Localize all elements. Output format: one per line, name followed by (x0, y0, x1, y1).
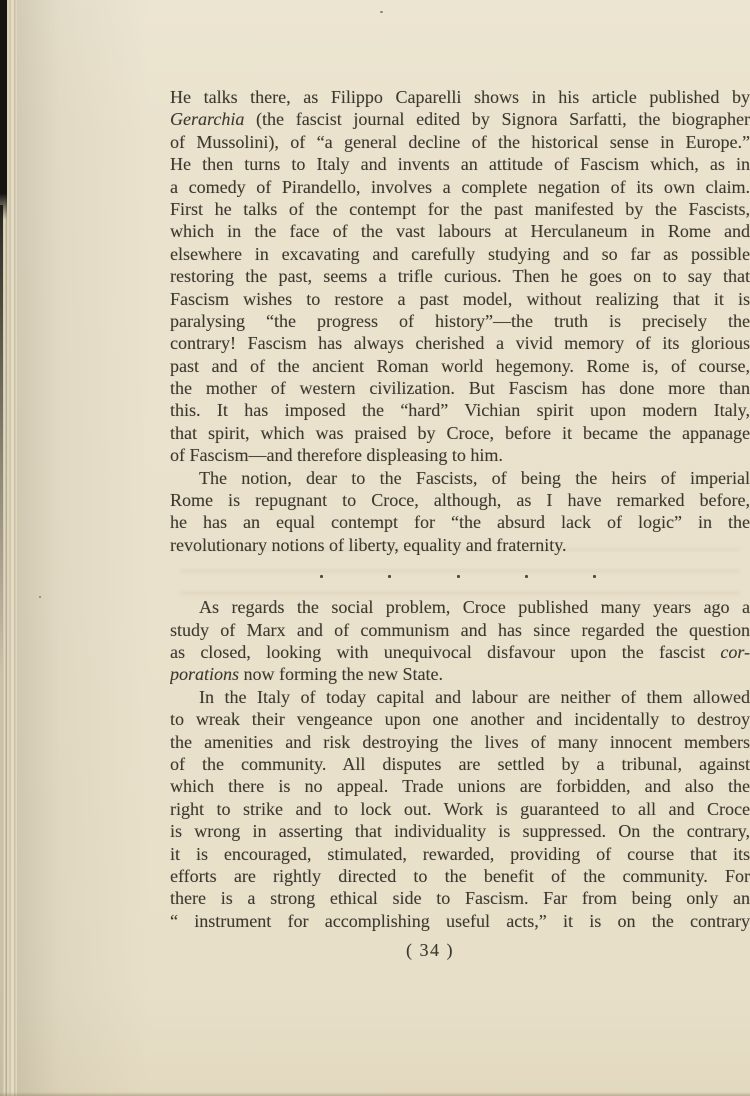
text-line: revolutionary notions of liberty, equali… (170, 534, 750, 556)
text-line: it is encouraged, stimulated, rewarded, … (170, 843, 750, 865)
paragraph: As regards the social problem, Croce pub… (170, 596, 750, 686)
text-line: a comedy of Pirandello, involves a compl… (170, 176, 750, 198)
page-number: ( 34 ) (140, 939, 720, 961)
text-line: study of Marx and of communism and has s… (170, 619, 750, 641)
text-line: restoring the past, seems a trifle curio… (170, 265, 750, 287)
text-line: Gerarchia (the fascist journal edited by… (170, 108, 750, 130)
text-block: He talks there, as Filippo Caparelli sho… (170, 86, 750, 961)
text-line: Rome is repugnant to Croce, although, as… (170, 489, 750, 511)
text-line: is wrong in asserting that individuality… (170, 820, 750, 842)
separator-dot (320, 575, 323, 578)
separator-dot (593, 575, 596, 578)
text-line: the mother of western civilization. But … (170, 377, 750, 399)
text-line: of Fascism—and therefore displeasing to … (170, 444, 750, 466)
text-line: which in the face of the vast labours at… (170, 220, 750, 242)
paragraph: In the Italy of today capital and labour… (170, 686, 750, 932)
text-line: paralysing “the progress of history”—the… (170, 310, 750, 332)
book-page-scan: { "page": { "number": "34", "number_labe… (0, 0, 750, 1096)
text-line: as closed, looking with unequivocal disf… (170, 641, 750, 663)
text-line: of Mussolini), of “a general decline of … (170, 131, 750, 153)
book-spine-line (0, 205, 3, 675)
text-line: this. It has imposed the “hard” Vichian … (170, 399, 750, 421)
text-line: there is a strong ethical side to Fascis… (170, 887, 750, 909)
text-line: that spirit, which was praised by Croce,… (170, 422, 750, 444)
bottom-page-edge (0, 1092, 750, 1096)
separator-dots-row (320, 575, 596, 578)
text-line: contrary! Fascism has always cherished a… (170, 332, 750, 354)
text-line: The notion, dear to the Fascists, of bei… (170, 467, 750, 489)
separator-dot (525, 575, 528, 578)
book-spine-shadow (0, 0, 7, 220)
paper-speck (380, 11, 383, 13)
text-line: of the community. All disputes are settl… (170, 753, 750, 775)
text-line: past and of the ancient Roman world hege… (170, 355, 750, 377)
text-line: efforts are rightly directed to the bene… (170, 865, 750, 887)
text-line: He talks there, as Filippo Caparelli sho… (170, 86, 750, 108)
paper-speck (39, 596, 41, 598)
separator-dot (457, 575, 460, 578)
text-line: the amenities and risk destroying the li… (170, 731, 750, 753)
paragraph: The notion, dear to the Fascists, of bei… (170, 467, 750, 557)
text-line: Fascism wishes to restore a past model, … (170, 288, 750, 310)
separator-dot (388, 575, 391, 578)
text-line: he has an equal contempt for “the absurd… (170, 511, 750, 533)
text-line: to wreak their vengeance upon one anothe… (170, 708, 750, 730)
text-line: porations now forming the new State. (170, 663, 750, 685)
text-line: “ instrument for accomplishing useful ac… (170, 910, 750, 932)
text-line: He then turns to Italy and invents an at… (170, 153, 750, 175)
section-separator (170, 556, 750, 596)
text-line: right to strike and to lock out. Work is… (170, 798, 750, 820)
text-line: elsewhere in excavating and carefully st… (170, 243, 750, 265)
text-line: First he talks of the contempt for the p… (170, 198, 750, 220)
paragraph: He talks there, as Filippo Caparelli sho… (170, 86, 750, 467)
text-line: As regards the social problem, Croce pub… (170, 596, 750, 618)
text-line: In the Italy of today capital and labour… (170, 686, 750, 708)
text-line: which there is no appeal. Trade unions a… (170, 775, 750, 797)
